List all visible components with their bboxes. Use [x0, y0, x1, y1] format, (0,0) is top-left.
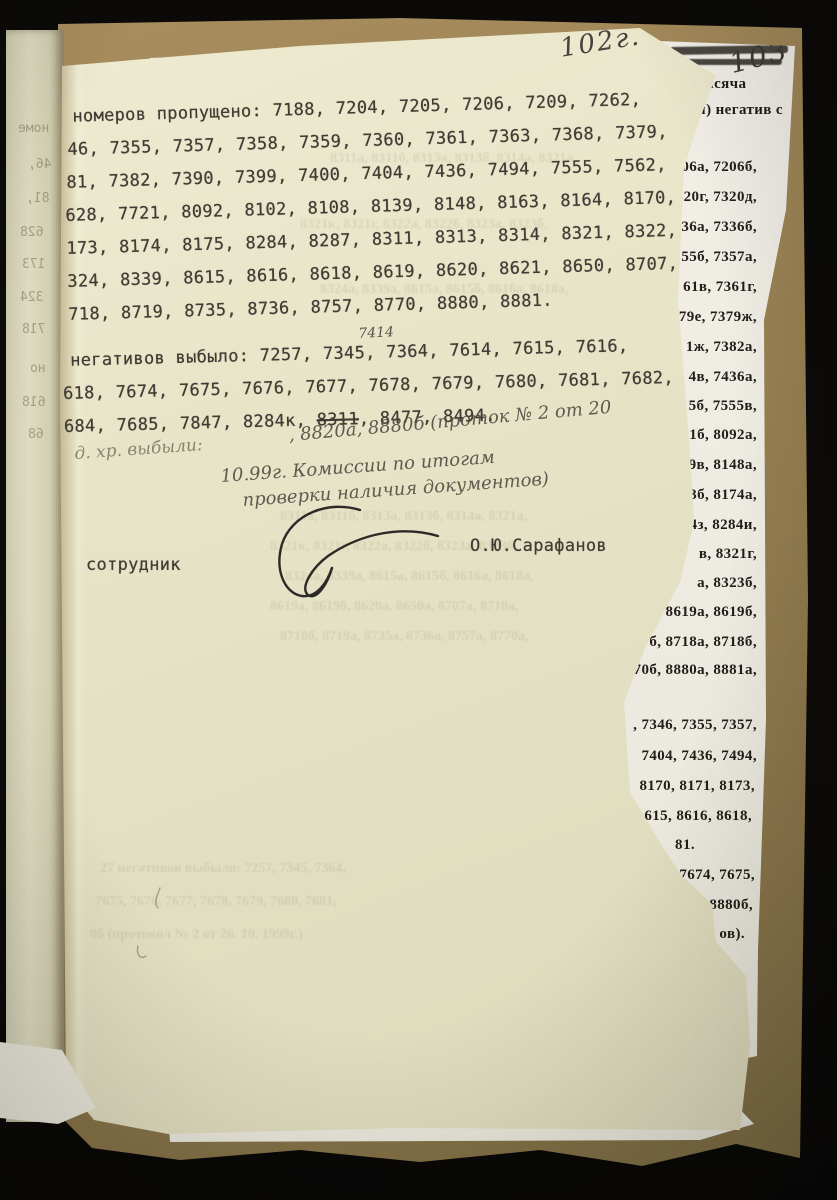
negative-list-fragment: 36а, 7336б, — [681, 220, 757, 235]
mirrored-fragment: 68 — [28, 428, 44, 441]
mirrored-fragment: 618 — [22, 396, 45, 409]
typed-fragment: 684, 7685, 7847, 8284к, — [64, 410, 317, 437]
mirrored-fragment: номе — [18, 122, 49, 135]
mirrored-fragment: 718 — [22, 323, 45, 336]
negative-list-fragment: 8880б, — [709, 898, 753, 913]
typed-line: 718, 8719, 8735, 8736, 8757, 8770, 8880,… — [68, 292, 553, 325]
negative-list-fragment: а, 8323б, — [697, 576, 757, 591]
left-page-edge: номе 46, 81, 628 173 324 718 но 618 68 — [6, 30, 64, 1122]
negative-list-fragment: , 7346, 7355, 7357, — [633, 718, 757, 733]
negative-list-fragment: 8170, 8171, 8173, — [639, 779, 755, 794]
mirrored-fragment: 81, — [26, 192, 49, 205]
negative-list-fragment: 320г, 7320д, — [676, 190, 757, 205]
pencil-squiggle — [130, 884, 190, 964]
ghost-text: 27 негативов выбыло: 7257, 7345, 7364, — [100, 862, 346, 876]
negative-list-fragment: 70б, 8880а, 8881а, — [634, 663, 757, 678]
negative-list-fragment: 1б, 8092а, — [689, 428, 757, 443]
ghost-text: 8718б, 8719а, 8735а, 8736а, 8757а, 8770а… — [280, 630, 529, 644]
negative-list-fragment: 4в, 7436а, — [689, 370, 757, 385]
negative-list-fragment: 61в, 7361г, — [683, 280, 757, 295]
inserted-number: 7414 — [358, 325, 394, 341]
mirrored-fragment: но — [30, 362, 46, 375]
negative-list-fragment: 79е, 7379ж, — [679, 310, 757, 325]
signature-label: сотрудник — [86, 556, 181, 575]
negative-list-fragment: 7404, 7436, 7494, — [641, 749, 757, 764]
mirrored-fragment: 324 — [20, 291, 43, 304]
negative-list-fragment: 4з, 8284и, — [690, 518, 757, 533]
mirrored-fragment: 46, — [28, 158, 51, 171]
pencil-note: д. хр. выбыли: — [74, 437, 203, 463]
negative-list-fragment: 5б, 7555в, — [689, 399, 757, 414]
negative-list-fragment: 1ж, 7382а, — [686, 340, 757, 355]
signature — [268, 496, 458, 616]
negative-list-fragment: 3б, 8174а, — [689, 488, 757, 503]
negative-list-fragment: 81. — [675, 838, 695, 853]
negative-list-fragment: 55б, 7357а, — [681, 250, 757, 265]
signer-name: О.Ю.Сарафанов — [470, 537, 607, 556]
ghost-text: 8б (протокол № 2 от 26. 10. 1999г.) — [90, 928, 303, 942]
negative-list-fragment: 7б, 8718а, 8718б, — [641, 635, 757, 650]
typed-line: негативов выбыло: 7257, 7345, 7364, 7614… — [70, 337, 629, 370]
typed-line: номеров пропущено: 7188, 7204, 7205, 720… — [72, 91, 641, 127]
mirrored-fragment: 628 — [20, 226, 43, 239]
negative-list-fragment: 7674, 7675, — [679, 868, 755, 883]
negative-list-fragment: в, 8321г, — [699, 547, 757, 562]
negative-list-fragment: 206а, 7206б, — [673, 160, 757, 175]
negative-list-fragment: 39в, 8148а, — [681, 458, 757, 473]
mirrored-fragment: 173 — [22, 258, 45, 271]
pencil-note: , 8820а, 8880б (проток № 2 от 20 — [288, 399, 612, 445]
negative-list-fragment: ов). — [719, 927, 745, 942]
archival-photo: номе 46, 81, 628 173 324 718 но 618 68 ы… — [0, 0, 837, 1200]
negative-list-fragment: 8619а, 8619б, — [666, 605, 757, 620]
negative-list-fragment: 615, 8616, 8618, — [644, 809, 752, 824]
